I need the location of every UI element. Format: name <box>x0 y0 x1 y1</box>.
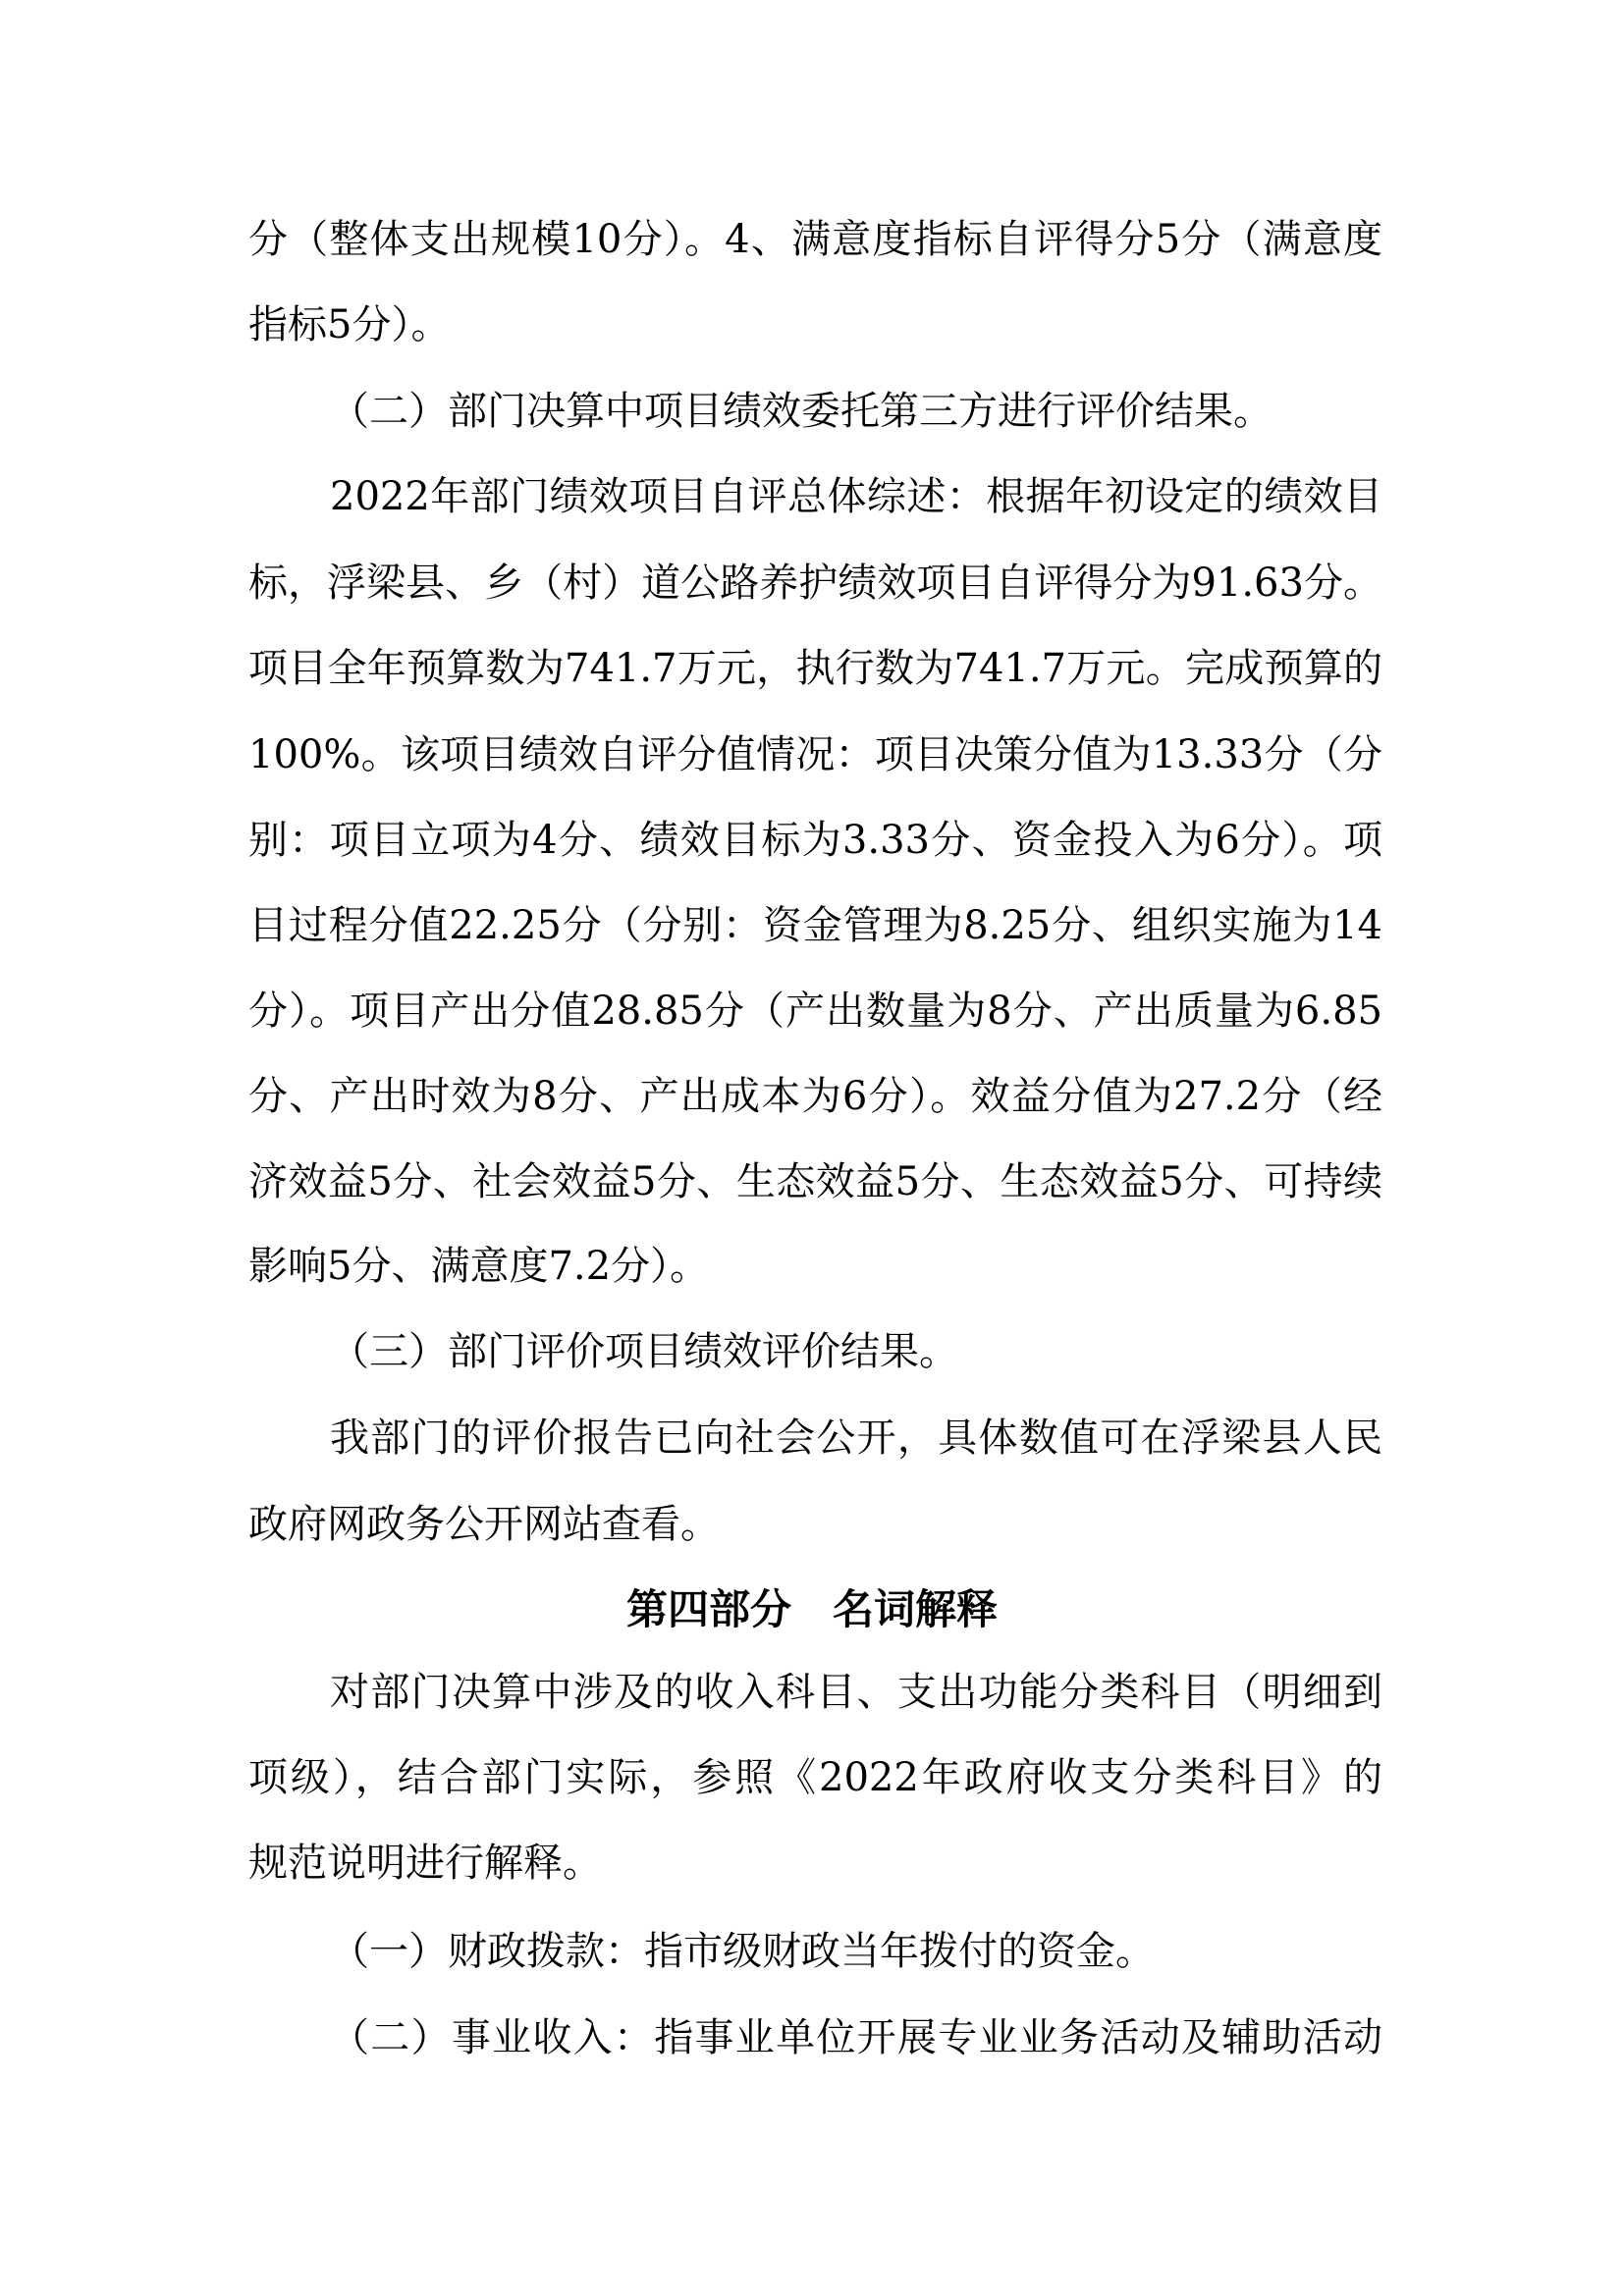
document-page: 分（整体支出规模10分）。4、满意度指标自评得分5分（满意度 指标5分）。 （二… <box>0 0 1624 2296</box>
body-line: 别：项目立项为4分、绩效目标为3.33分、资金投入为6分）。项 <box>248 815 1382 866</box>
body-line: 项级），结合部门实际，参照《2022年政府收支分类科目》的 <box>248 1752 1382 1803</box>
body-line: 影响5分、满意度7.2分）。 <box>248 1241 1382 1292</box>
body-line: 规范说明进行解释。 <box>248 1838 1382 1889</box>
body-line: 分）。项目产出分值28.85分（产出数量为8分、产出质量为6.85 <box>248 986 1382 1037</box>
section-subheading: （二）部门决算中项目绩效委托第三方进行评价结果。 <box>330 386 1382 437</box>
definition-item: （一）财政拨款：指市级财政当年拨付的资金。 <box>330 1926 1382 1977</box>
body-line: 分、产出时效为8分、产出成本为6分）。效益分值为27.2分（经 <box>248 1071 1382 1122</box>
body-line: 分（整体支出规模10分）。4、满意度指标自评得分5分（满意度 <box>248 214 1382 265</box>
body-line: 政府网政务公开网站查看。 <box>248 1499 1382 1550</box>
body-line: 目过程分值22.25分（分别：资金管理为8.25分、组织实施为14 <box>248 900 1382 951</box>
body-line: 对部门决算中涉及的收入科目、支出功能分类科目（明细到 <box>330 1667 1382 1718</box>
body-line: 100%。该项目绩效自评分值情况：项目决策分值为13.33分（分 <box>248 729 1382 780</box>
body-line: 项目全年预算数为741.7万元，执行数为741.7万元。完成预算的 <box>248 643 1382 694</box>
body-line: 我部门的评价报告已向社会公开，具体数值可在浮梁县人民 <box>330 1413 1382 1464</box>
body-line: 指标5分）。 <box>248 299 1382 350</box>
section-subheading: （三）部门评价项目绩效评价结果。 <box>330 1326 1382 1377</box>
body-line: 济效益5分、社会效益5分、生态效益5分、生态效益5分、可持续 <box>248 1156 1382 1207</box>
part-heading: 第四部分 名词解释 <box>0 1582 1624 1637</box>
body-line: 标，浮梁县、乡（村）道公路养护绩效项目自评得分为91.63分。 <box>248 558 1382 609</box>
body-line: 2022年部门绩效项目自评总体综述：根据年初设定的绩效目 <box>330 471 1382 522</box>
definition-item: （二）事业收入：指事业单位开展专业业务活动及辅助活动 <box>330 2012 1382 2063</box>
